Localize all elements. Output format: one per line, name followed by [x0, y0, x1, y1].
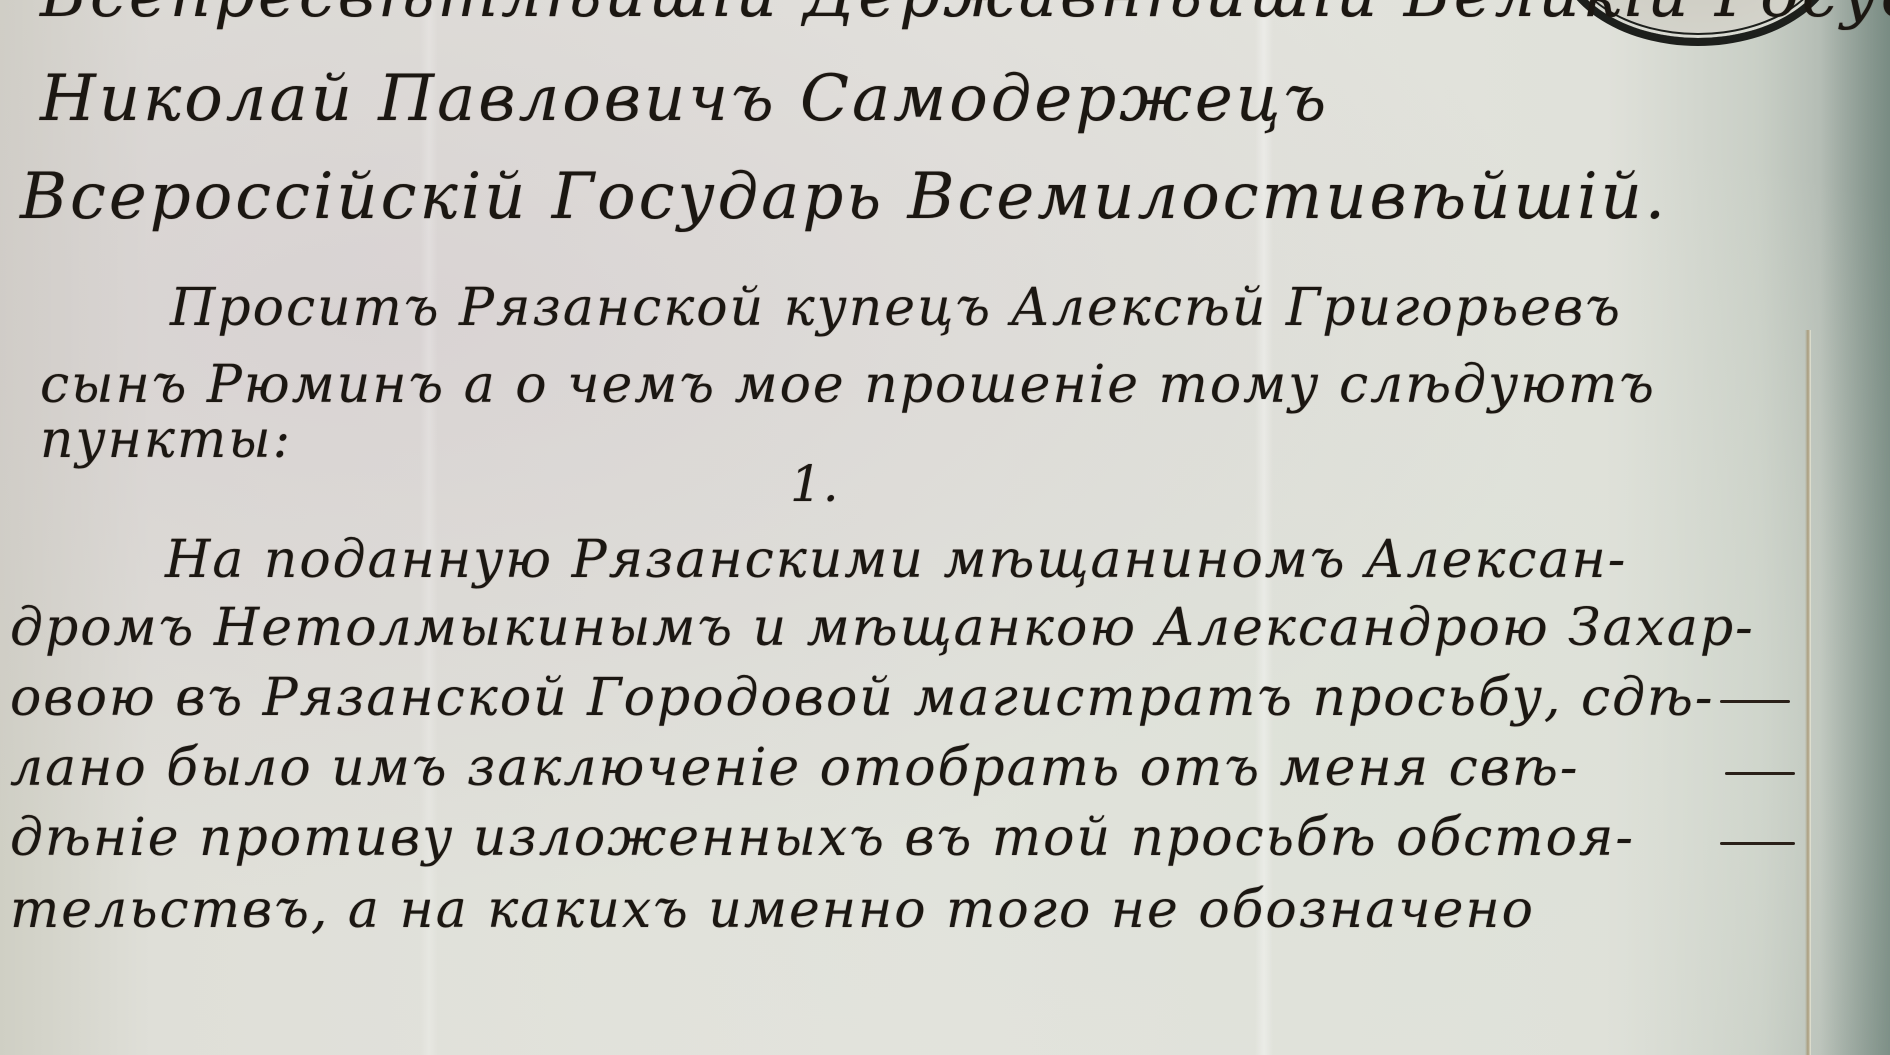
header-line-1: Николай Павловичъ Самодержецъ [40, 62, 1329, 136]
paragraph-line-6: тельствъ, а на какихъ именно того не обо… [10, 880, 1535, 940]
intro-line-2: сынъ Рюминъ а о чемъ мое прошеніе тому с… [40, 355, 1656, 415]
paragraph-line-1: На поданную Рязанскими мѣщаниномъ Алекса… [165, 530, 1627, 590]
paragraph-line-2: дромъ Нетолмыкинымъ и мѣщанкою Александр… [10, 598, 1755, 658]
line-end-flourish [1725, 772, 1795, 775]
paragraph-line-3: овою въ Рязанской Городовой магистратъ п… [10, 668, 1714, 728]
header-line-2: Всероссійскій Государь Всемилостивѣйшій. [20, 160, 1668, 234]
header-line-0: Всепресвѣтлѣйшій Державнѣйшій Великій Го… [40, 0, 1890, 32]
section-number: 1. [790, 455, 840, 513]
paragraph-line-4: лано было имъ заключеніе отобрать отъ ме… [10, 738, 1579, 798]
torn-paper-edge [1805, 330, 1811, 1055]
intro-line-3: пункты: [40, 410, 292, 470]
page-edge-shadow [1820, 0, 1890, 1055]
intro-line-1: Проситъ Рязанской купецъ Алексѣй Григорь… [170, 278, 1622, 338]
line-end-flourish [1720, 700, 1790, 703]
line-end-flourish [1720, 842, 1795, 845]
paragraph-line-5: дѣніе противу изложенныхъ въ той просьбѣ… [10, 808, 1635, 868]
